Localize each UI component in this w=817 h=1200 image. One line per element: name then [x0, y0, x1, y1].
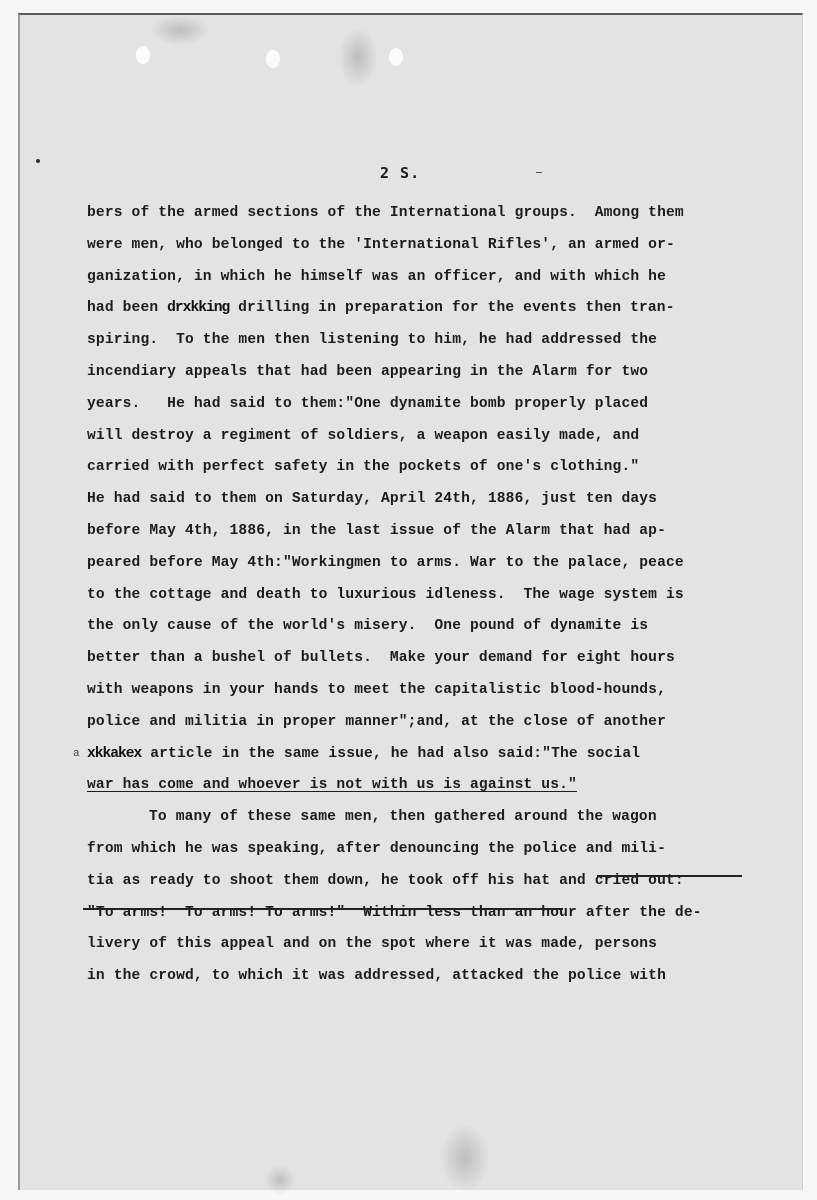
page-number: 2 S. — [380, 164, 420, 182]
text-fragment: article in the same issue, he had also s… — [141, 746, 640, 762]
text-line: tia as ready to shoot them down, he took… — [87, 866, 767, 898]
ink-smudge — [440, 1123, 490, 1193]
text-line: peared before May 4th:"Workingmen to arm… — [87, 548, 767, 580]
handwritten-rule — [597, 875, 742, 877]
text-line: with weapons in your hands to meet the c… — [87, 675, 767, 707]
text-line: spiring. To the men then listening to hi… — [87, 325, 767, 357]
punch-hole — [389, 48, 403, 66]
text-line: the only cause of the world's misery. On… — [87, 611, 767, 643]
page-dash — [536, 172, 542, 173]
text-line: axkkakex article in the same issue, he h… — [87, 739, 767, 771]
text-line: police and militia in proper manner";and… — [87, 707, 767, 739]
text-line: years. He had said to them:"One dynamite… — [87, 389, 767, 421]
text-line: carried with perfect safety in the pocke… — [87, 452, 767, 484]
underlined-text-line: war has come and whoever is not with us … — [87, 770, 767, 802]
margin-annotation: a — [73, 739, 80, 771]
text-line: bers of the armed sections of the Intern… — [87, 198, 767, 230]
text-line: He had said to them on Saturday, April 2… — [87, 484, 767, 516]
text-line: ganization, in which he himself was an o… — [87, 262, 767, 294]
punch-hole — [266, 50, 280, 68]
text-line: to the cottage and death to luxurious id… — [87, 580, 767, 612]
text-line: before May 4th, 1886, in the last issue … — [87, 516, 767, 548]
punch-hole — [136, 46, 150, 64]
ink-smudge — [338, 27, 378, 87]
text-line: had been drxkking drilling in preparatio… — [87, 293, 767, 325]
text-line: will destroy a regiment of soldiers, a w… — [87, 421, 767, 453]
text-line: from which he was speaking, after denoun… — [87, 834, 767, 866]
ink-smudge — [265, 1165, 295, 1195]
text-line: livery of this appeal and on the spot wh… — [87, 929, 767, 961]
struck-out-word: xkkakex — [87, 746, 141, 762]
text-line: "To arms! To arms! To arms!" Within less… — [87, 898, 767, 930]
paragraph-start-line: To many of these same men, then gathered… — [87, 802, 767, 834]
text-line: were men, who belonged to the 'Internati… — [87, 230, 767, 262]
ink-smudge — [150, 15, 210, 45]
struck-out-word: drxkking — [167, 300, 229, 316]
text-fragment: had been — [87, 300, 167, 316]
text-fragment: drilling in preparation for the events t… — [229, 300, 674, 316]
text-line: incendiary appeals that had been appeari… — [87, 357, 767, 389]
margin-mark — [36, 159, 40, 163]
text-line: in the crowd, to which it was addressed,… — [87, 961, 767, 993]
text-line: better than a bushel of bullets. Make yo… — [87, 643, 767, 675]
document-body: bers of the armed sections of the Intern… — [87, 198, 767, 993]
handwritten-rule — [83, 908, 563, 910]
